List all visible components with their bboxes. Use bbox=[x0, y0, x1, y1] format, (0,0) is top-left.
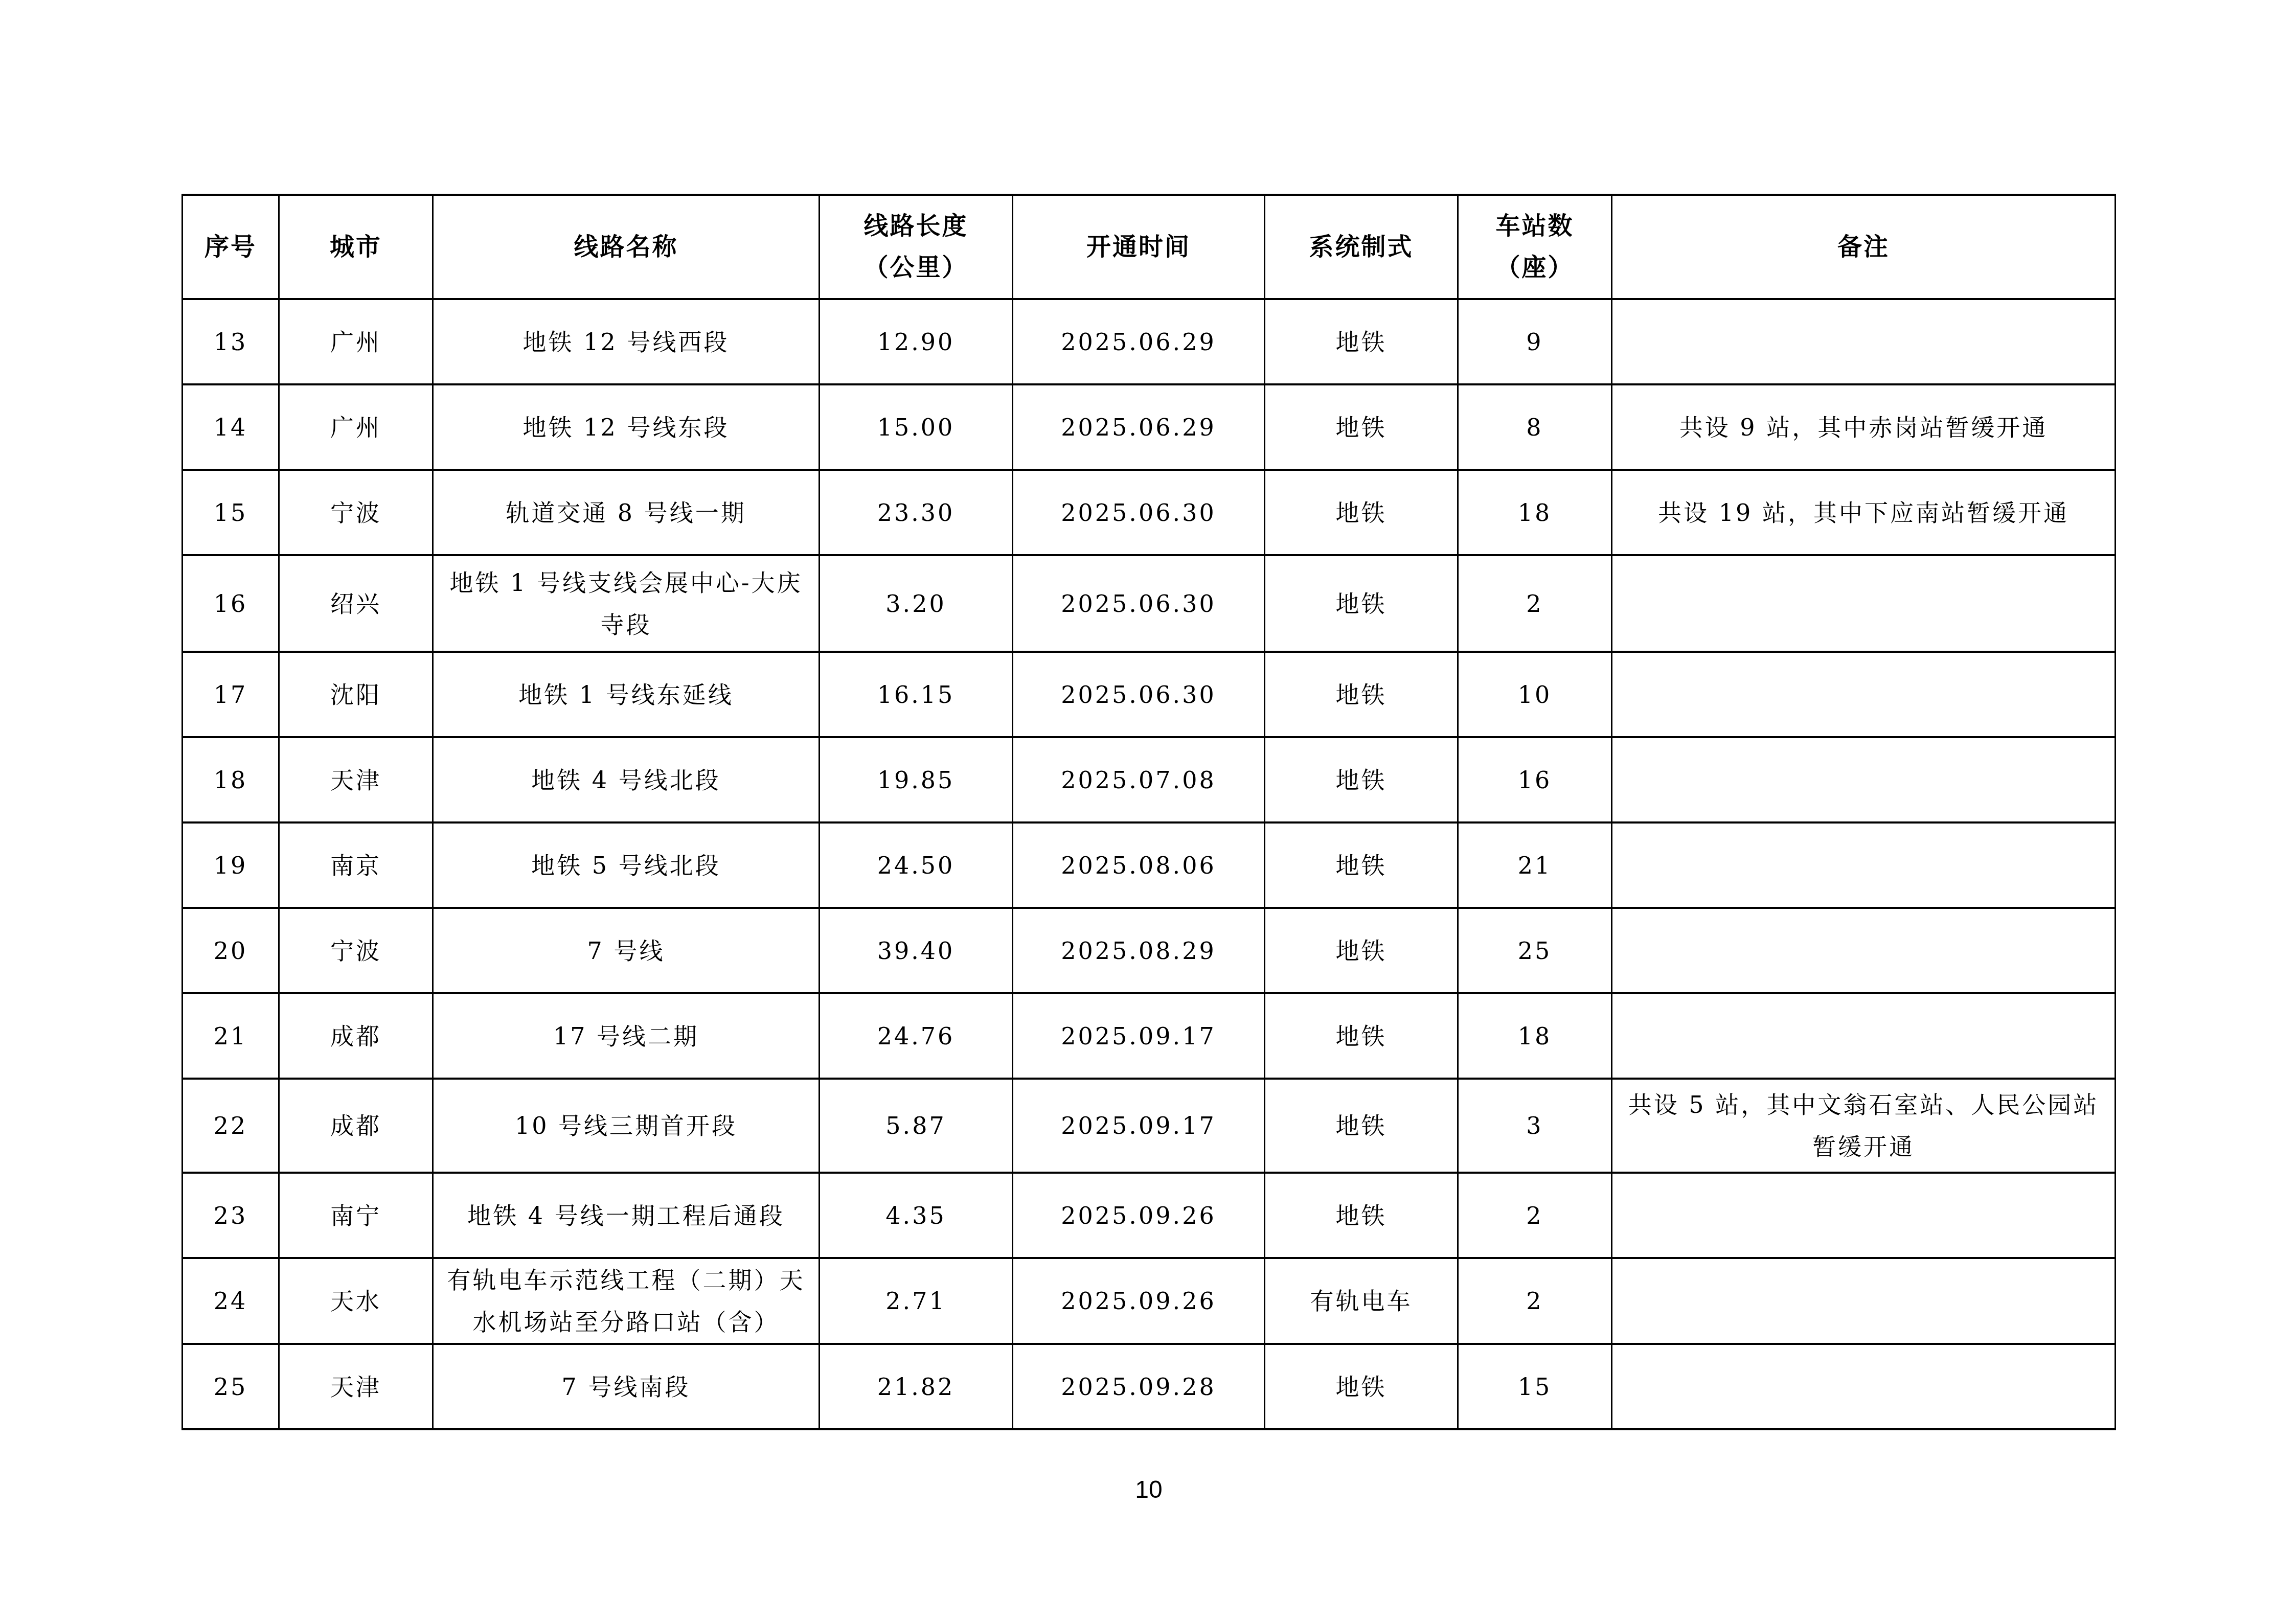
cell-length: 39.40 bbox=[820, 908, 1013, 993]
cell-city: 天津 bbox=[279, 1344, 433, 1429]
page-number: 10 bbox=[1098, 1472, 1200, 1508]
cell-length: 24.50 bbox=[820, 822, 1013, 908]
cell-system: 地铁 bbox=[1265, 1173, 1458, 1258]
cell-index: 17 bbox=[183, 652, 279, 737]
column-header-length: 线路长度（公里） bbox=[820, 195, 1013, 299]
cell-index: 13 bbox=[183, 299, 279, 384]
header-label: 城市 bbox=[330, 233, 382, 261]
cell-length: 21.82 bbox=[820, 1344, 1013, 1429]
header-unit: （座） bbox=[1495, 253, 1574, 282]
cell-index: 22 bbox=[183, 1079, 279, 1173]
cell-system: 地铁 bbox=[1265, 737, 1458, 822]
cell-length: 24.76 bbox=[820, 993, 1013, 1079]
cell-remarks bbox=[1612, 652, 2116, 737]
rail-transit-lines-table: 序号 城市 线路名称 线路长度（公里） 开通时间 系统制式 车站数（座） 备注 … bbox=[181, 194, 2116, 1430]
cell-system: 地铁 bbox=[1265, 822, 1458, 908]
cell-length: 16.15 bbox=[820, 652, 1013, 737]
cell-index: 19 bbox=[183, 822, 279, 908]
table-row: 16 绍兴 地铁 1 号线支线会展中心-大庆寺段 3.20 2025.06.30… bbox=[183, 555, 2116, 652]
cell-index: 18 bbox=[183, 737, 279, 822]
cell-system: 地铁 bbox=[1265, 1344, 1458, 1429]
cell-length: 15.00 bbox=[820, 384, 1013, 470]
cell-line-name: 7 号线 bbox=[433, 908, 820, 993]
cell-remarks bbox=[1612, 908, 2116, 993]
header-label: 备注 bbox=[1837, 233, 1890, 261]
cell-index: 14 bbox=[183, 384, 279, 470]
cell-line-name: 地铁 4 号线北段 bbox=[433, 737, 820, 822]
cell-line-name: 有轨电车示范线工程（二期）天水机场站至分路口站（含） bbox=[433, 1258, 820, 1344]
cell-line-name: 17 号线二期 bbox=[433, 993, 820, 1079]
cell-city: 广州 bbox=[279, 299, 433, 384]
cell-length: 5.87 bbox=[820, 1079, 1013, 1173]
header-label: 系统制式 bbox=[1309, 233, 1413, 261]
cell-stations: 2 bbox=[1458, 1173, 1612, 1258]
cell-city: 成都 bbox=[279, 993, 433, 1079]
table-row: 21 成都 17 号线二期 24.76 2025.09.17 地铁 18 bbox=[183, 993, 2116, 1079]
table-row: 23 南宁 地铁 4 号线一期工程后通段 4.35 2025.09.26 地铁 … bbox=[183, 1173, 2116, 1258]
cell-city: 天水 bbox=[279, 1258, 433, 1344]
column-header-stations: 车站数（座） bbox=[1458, 195, 1612, 299]
header-label: 线路长度 bbox=[863, 212, 968, 240]
cell-system: 地铁 bbox=[1265, 908, 1458, 993]
cell-open-date: 2025.09.26 bbox=[1013, 1258, 1265, 1344]
cell-line-name: 轨道交通 8 号线一期 bbox=[433, 470, 820, 555]
cell-open-date: 2025.06.29 bbox=[1013, 299, 1265, 384]
cell-city: 宁波 bbox=[279, 908, 433, 993]
cell-stations: 25 bbox=[1458, 908, 1612, 993]
cell-remarks bbox=[1612, 993, 2116, 1079]
cell-length: 12.90 bbox=[820, 299, 1013, 384]
cell-open-date: 2025.06.29 bbox=[1013, 384, 1265, 470]
cell-index: 20 bbox=[183, 908, 279, 993]
cell-stations: 16 bbox=[1458, 737, 1612, 822]
cell-open-date: 2025.07.08 bbox=[1013, 737, 1265, 822]
cell-system: 地铁 bbox=[1265, 470, 1458, 555]
cell-stations: 18 bbox=[1458, 470, 1612, 555]
cell-remarks bbox=[1612, 555, 2116, 652]
cell-system: 地铁 bbox=[1265, 1079, 1458, 1173]
cell-system: 有轨电车 bbox=[1265, 1258, 1458, 1344]
cell-stations: 10 bbox=[1458, 652, 1612, 737]
column-header-open-date: 开通时间 bbox=[1013, 195, 1265, 299]
column-header-line-name: 线路名称 bbox=[433, 195, 820, 299]
cell-stations: 9 bbox=[1458, 299, 1612, 384]
column-header-system: 系统制式 bbox=[1265, 195, 1458, 299]
cell-system: 地铁 bbox=[1265, 299, 1458, 384]
cell-remarks bbox=[1612, 299, 2116, 384]
cell-remarks: 共设 9 站，其中赤岗站暂缓开通 bbox=[1612, 384, 2116, 470]
cell-line-name: 地铁 1 号线支线会展中心-大庆寺段 bbox=[433, 555, 820, 652]
cell-city: 宁波 bbox=[279, 470, 433, 555]
cell-city: 天津 bbox=[279, 737, 433, 822]
cell-length: 3.20 bbox=[820, 555, 1013, 652]
table-row: 19 南京 地铁 5 号线北段 24.50 2025.08.06 地铁 21 bbox=[183, 822, 2116, 908]
header-label: 开通时间 bbox=[1086, 233, 1191, 261]
cell-open-date: 2025.06.30 bbox=[1013, 652, 1265, 737]
cell-index: 25 bbox=[183, 1344, 279, 1429]
cell-index: 23 bbox=[183, 1173, 279, 1258]
header-label: 线路名称 bbox=[574, 233, 678, 261]
cell-length: 2.71 bbox=[820, 1258, 1013, 1344]
cell-system: 地铁 bbox=[1265, 384, 1458, 470]
cell-line-name: 地铁 4 号线一期工程后通段 bbox=[433, 1173, 820, 1258]
cell-length: 19.85 bbox=[820, 737, 1013, 822]
cell-city: 南宁 bbox=[279, 1173, 433, 1258]
header-label: 车站数 bbox=[1495, 212, 1574, 240]
table-header-row: 序号 城市 线路名称 线路长度（公里） 开通时间 系统制式 车站数（座） 备注 bbox=[183, 195, 2116, 299]
cell-index: 24 bbox=[183, 1258, 279, 1344]
cell-city: 广州 bbox=[279, 384, 433, 470]
cell-open-date: 2025.09.17 bbox=[1013, 1079, 1265, 1173]
column-header-city: 城市 bbox=[279, 195, 433, 299]
cell-open-date: 2025.06.30 bbox=[1013, 555, 1265, 652]
cell-system: 地铁 bbox=[1265, 652, 1458, 737]
cell-remarks: 共设 5 站，其中文翁石室站、人民公园站暂缓开通 bbox=[1612, 1079, 2116, 1173]
cell-city: 成都 bbox=[279, 1079, 433, 1173]
cell-city: 绍兴 bbox=[279, 555, 433, 652]
cell-stations: 2 bbox=[1458, 555, 1612, 652]
cell-system: 地铁 bbox=[1265, 993, 1458, 1079]
column-header-remarks: 备注 bbox=[1612, 195, 2116, 299]
cell-stations: 21 bbox=[1458, 822, 1612, 908]
cell-open-date: 2025.09.28 bbox=[1013, 1344, 1265, 1429]
cell-index: 15 bbox=[183, 470, 279, 555]
document-page: 序号 城市 线路名称 线路长度（公里） 开通时间 系统制式 车站数（座） 备注 … bbox=[0, 0, 2296, 1623]
cell-remarks bbox=[1612, 1258, 2116, 1344]
cell-length: 4.35 bbox=[820, 1173, 1013, 1258]
cell-stations: 8 bbox=[1458, 384, 1612, 470]
table-row: 25 天津 7 号线南段 21.82 2025.09.28 地铁 15 bbox=[183, 1344, 2116, 1429]
cell-stations: 18 bbox=[1458, 993, 1612, 1079]
cell-city: 沈阳 bbox=[279, 652, 433, 737]
table-row: 20 宁波 7 号线 39.40 2025.08.29 地铁 25 bbox=[183, 908, 2116, 993]
cell-line-name: 10 号线三期首开段 bbox=[433, 1079, 820, 1173]
table-row: 18 天津 地铁 4 号线北段 19.85 2025.07.08 地铁 16 bbox=[183, 737, 2116, 822]
cell-open-date: 2025.09.26 bbox=[1013, 1173, 1265, 1258]
header-label: 序号 bbox=[204, 233, 257, 261]
cell-line-name: 7 号线南段 bbox=[433, 1344, 820, 1429]
cell-line-name: 地铁 12 号线东段 bbox=[433, 384, 820, 470]
cell-stations: 2 bbox=[1458, 1258, 1612, 1344]
cell-remarks bbox=[1612, 737, 2116, 822]
cell-index: 21 bbox=[183, 993, 279, 1079]
table-row: 24 天水 有轨电车示范线工程（二期）天水机场站至分路口站（含） 2.71 20… bbox=[183, 1258, 2116, 1344]
cell-open-date: 2025.09.17 bbox=[1013, 993, 1265, 1079]
table-row: 14 广州 地铁 12 号线东段 15.00 2025.06.29 地铁 8 共… bbox=[183, 384, 2116, 470]
cell-index: 16 bbox=[183, 555, 279, 652]
table-row: 17 沈阳 地铁 1 号线东延线 16.15 2025.06.30 地铁 10 bbox=[183, 652, 2116, 737]
column-header-index: 序号 bbox=[183, 195, 279, 299]
cell-line-name: 地铁 12 号线西段 bbox=[433, 299, 820, 384]
cell-city: 南京 bbox=[279, 822, 433, 908]
cell-line-name: 地铁 1 号线东延线 bbox=[433, 652, 820, 737]
cell-open-date: 2025.08.29 bbox=[1013, 908, 1265, 993]
table-row: 13 广州 地铁 12 号线西段 12.90 2025.06.29 地铁 9 bbox=[183, 299, 2116, 384]
cell-line-name: 地铁 5 号线北段 bbox=[433, 822, 820, 908]
cell-open-date: 2025.08.06 bbox=[1013, 822, 1265, 908]
cell-stations: 15 bbox=[1458, 1344, 1612, 1429]
cell-remarks bbox=[1612, 822, 2116, 908]
header-unit: （公里） bbox=[863, 253, 968, 282]
cell-remarks bbox=[1612, 1344, 2116, 1429]
cell-length: 23.30 bbox=[820, 470, 1013, 555]
cell-remarks bbox=[1612, 1173, 2116, 1258]
table-row: 22 成都 10 号线三期首开段 5.87 2025.09.17 地铁 3 共设… bbox=[183, 1079, 2116, 1173]
cell-stations: 3 bbox=[1458, 1079, 1612, 1173]
cell-open-date: 2025.06.30 bbox=[1013, 470, 1265, 555]
table-row: 15 宁波 轨道交通 8 号线一期 23.30 2025.06.30 地铁 18… bbox=[183, 470, 2116, 555]
cell-system: 地铁 bbox=[1265, 555, 1458, 652]
cell-remarks: 共设 19 站，其中下应南站暂缓开通 bbox=[1612, 470, 2116, 555]
